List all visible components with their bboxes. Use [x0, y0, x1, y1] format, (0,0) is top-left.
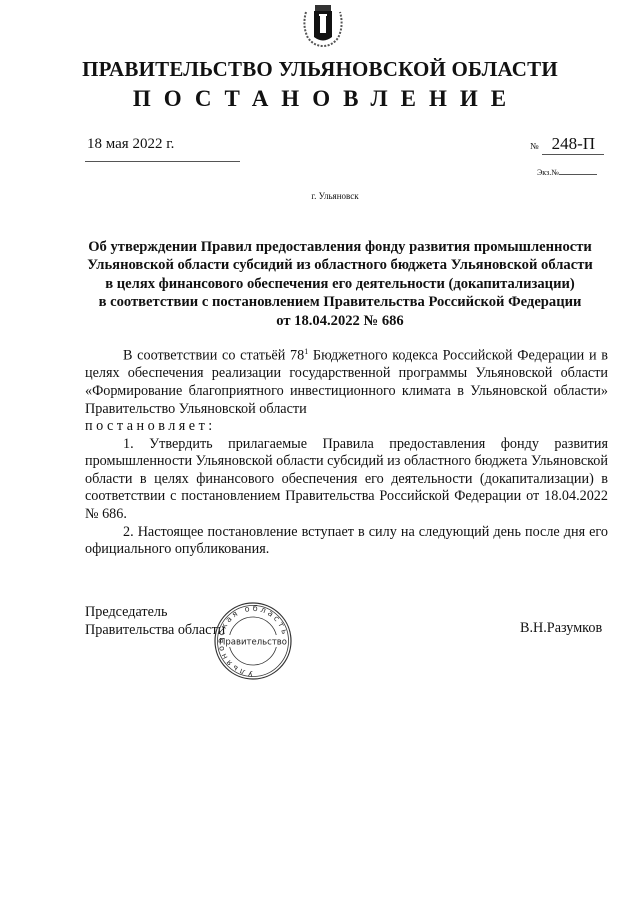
number-value: 248-П — [542, 134, 604, 155]
subject-line: от 18.04.2022 № 686 — [60, 312, 620, 330]
preamble: В соответствии со статьёй 781 Бюджетного… — [85, 343, 608, 418]
official-stamp-icon: Ульяновская область Правительство — [212, 600, 294, 682]
copy-underline — [559, 174, 597, 175]
copy-number: Экз.№ — [537, 168, 597, 177]
document-number: № 248-П — [530, 134, 604, 155]
item-1: 1. Утвердить прилагаемые Правила предост… — [85, 436, 608, 524]
document-subject: Об утверждении Правил предоставления фон… — [60, 238, 620, 330]
subject-line: в соответствии с постановлением Правител… — [60, 293, 620, 311]
subject-line: Ульяновской области субсидий из областно… — [60, 256, 620, 274]
document-type: ПОСТАНОВЛЕНИЕ — [0, 86, 640, 112]
document-body: В соответствии со статьёй 781 Бюджетного… — [85, 343, 608, 559]
document-date: 18 мая 2022 г. — [87, 136, 174, 153]
item-2: 2. Настоящее постановление вступает в си… — [85, 524, 608, 559]
signatory-name: В.Н.Разумков — [520, 620, 602, 637]
copy-label: Экз.№ — [537, 168, 559, 177]
subject-line: в целях финансового обеспечения его деят… — [60, 275, 620, 293]
government-title: ПРАВИТЕЛЬСТВО УЛЬЯНОВСКОЙ ОБЛАСТИ — [0, 57, 640, 82]
coat-of-arms-icon — [300, 2, 346, 48]
svg-text:Правительство: Правительство — [219, 638, 287, 648]
date-underline — [85, 161, 240, 162]
number-sign: № — [530, 141, 539, 151]
signatory-position: Председатель Правительства области — [85, 603, 225, 639]
subject-line: Об утверждении Правил предоставления фон… — [60, 238, 620, 256]
city: г. Ульяновск — [0, 191, 640, 201]
resolves: постановляет: — [85, 418, 608, 436]
